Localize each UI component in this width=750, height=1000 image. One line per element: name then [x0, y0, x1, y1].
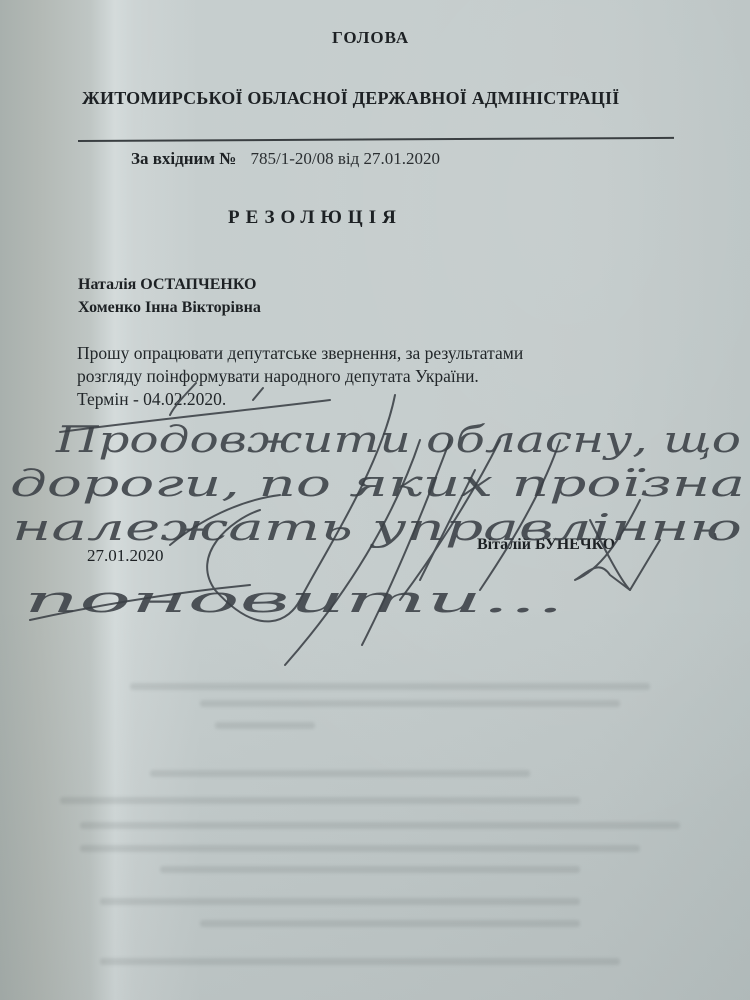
resolution-title: РЕЗОЛЮЦІЯ [228, 207, 402, 229]
resolution-date: 27.01.2020 [87, 546, 164, 566]
resolution-deadline: Термін - 04.02.2020. [77, 389, 226, 410]
recipient-2: Хоменко Інна Вікторівна [78, 299, 261, 317]
resolution-body-line-1: Прошу опрацювати депутатське звернення, … [77, 343, 523, 364]
incoming-reference: За вхідним № 785/1-20/08 від 27.01.2020 [131, 149, 440, 169]
incoming-label: За вхідним № [131, 149, 236, 168]
resolution-body-line-2: розгляду поінформувати народного депутат… [77, 366, 479, 387]
header-title: ГОЛОВА [332, 28, 409, 48]
recipient-1: Наталія ОСТАПЧЕНКО [78, 276, 256, 294]
signatory-name: Віталій БУНЕЧКО [477, 536, 615, 554]
header-organization: ЖИТОМИРСЬКОЇ ОБЛАСНОЇ ДЕРЖАВНОЇ АДМІНІСТ… [82, 88, 619, 109]
incoming-number: 785/1-20/08 від 27.01.2020 [250, 149, 440, 168]
